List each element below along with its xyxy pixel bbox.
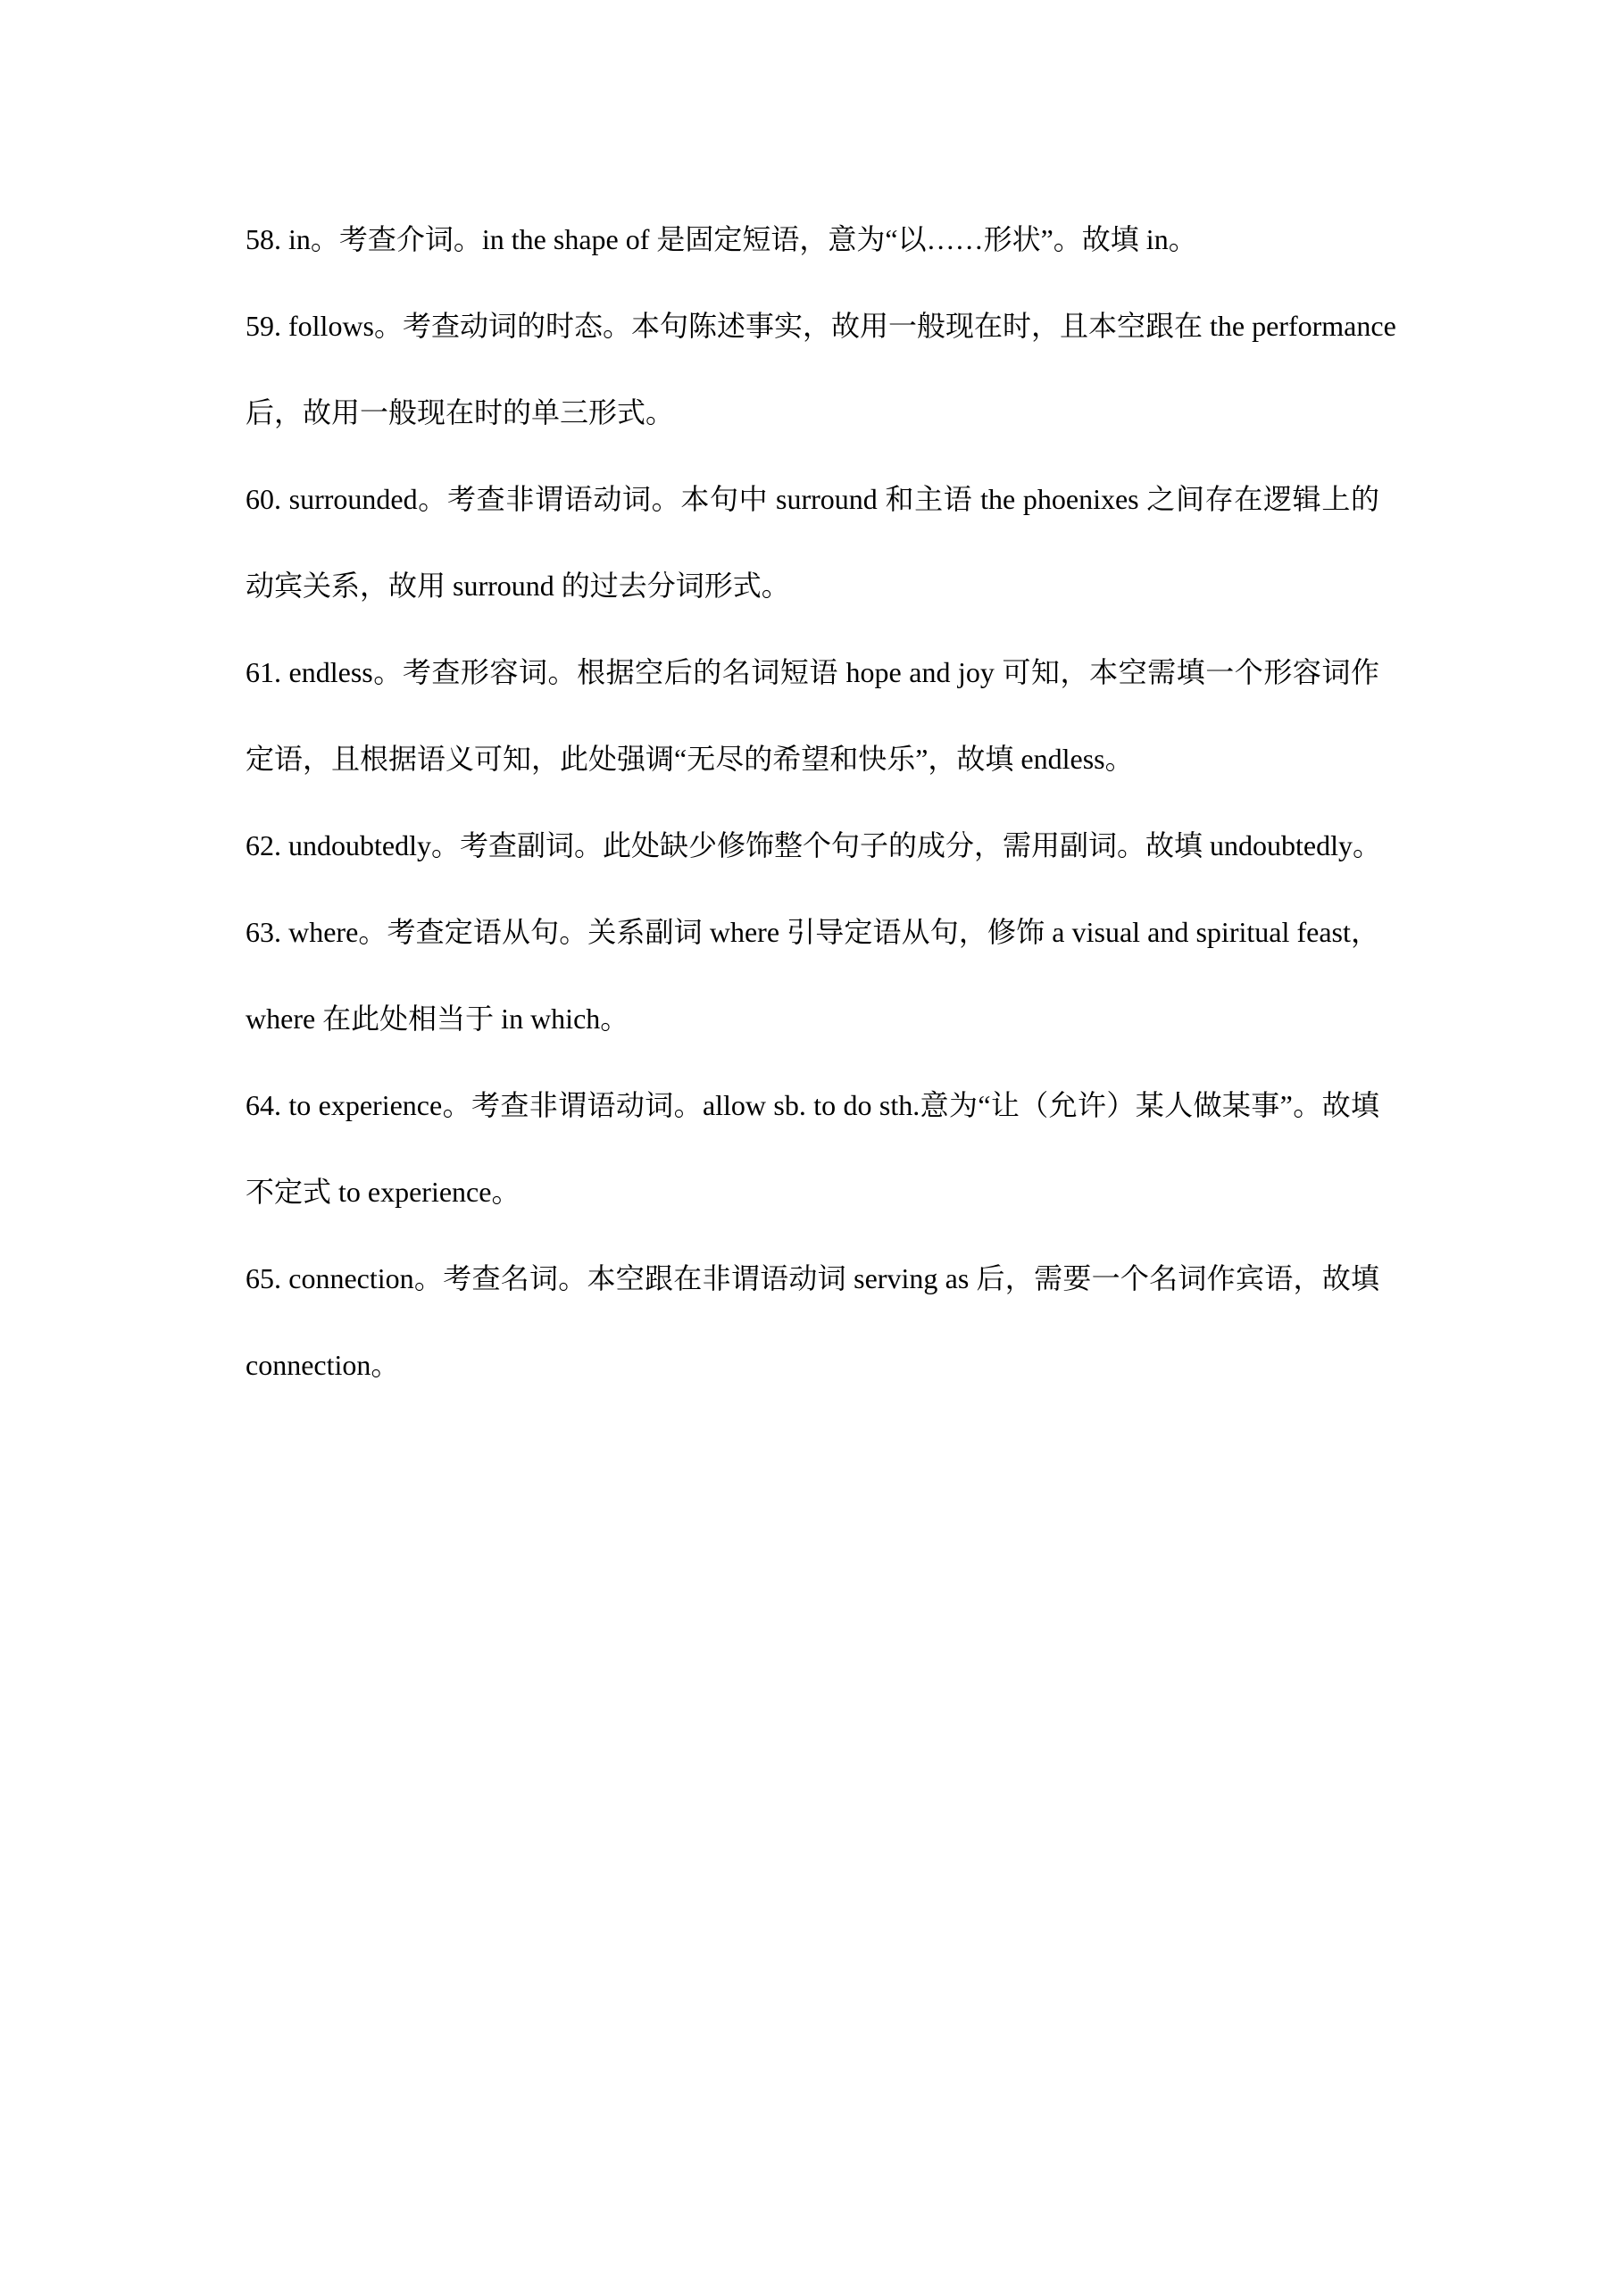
- paragraph-65-line-1: 65. connection。考查名词。本空跟在非谓语动词 serving as…: [246, 1235, 1379, 1322]
- paragraph-65-line-2: connection。: [246, 1322, 1379, 1409]
- paragraph-59-line-1: 59. follows。考查动词的时态。本句陈述事实，故用一般现在时，且本空跟在…: [246, 283, 1379, 370]
- paragraph-61-line-2: 定语，且根据语义可知，此处强调“无尽的希望和快乐”，故填 endless。: [246, 716, 1379, 803]
- paragraph-64-line-2: 不定式 to experience。: [246, 1149, 1379, 1235]
- paragraph-59-line-2: 后，故用一般现在时的单三形式。: [246, 370, 1379, 456]
- paragraph-61-line-1: 61. endless。考查形容词。根据空后的名词短语 hope and joy…: [246, 629, 1379, 716]
- paragraph-63-line-1: 63. where。考查定语从句。关系副词 where 引导定语从句，修饰 a …: [246, 889, 1379, 976]
- paragraph-60-line-2: 动宾关系，故用 surround 的过去分词形式。: [246, 543, 1379, 629]
- answer-explanations-block: 58. in。考查介词。in the shape of 是固定短语，意为“以………: [246, 196, 1379, 1409]
- paragraph-58-line-1: 58. in。考查介词。in the shape of 是固定短语，意为“以………: [246, 196, 1379, 283]
- paragraph-64-line-1: 64. to experience。考查非谓语动词。allow sb. to d…: [246, 1062, 1379, 1149]
- paragraph-63-line-2: where 在此处相当于 in which。: [246, 976, 1379, 1062]
- document-page: 58. in。考查介词。in the shape of 是固定短语，意为“以………: [0, 0, 1624, 2296]
- paragraph-60-line-1: 60. surrounded。考查非谓语动词。本句中 surround 和主语 …: [246, 456, 1379, 543]
- paragraph-62-line-1: 62. undoubtedly。考查副词。此处缺少修饰整个句子的成分，需用副词。…: [246, 803, 1379, 889]
